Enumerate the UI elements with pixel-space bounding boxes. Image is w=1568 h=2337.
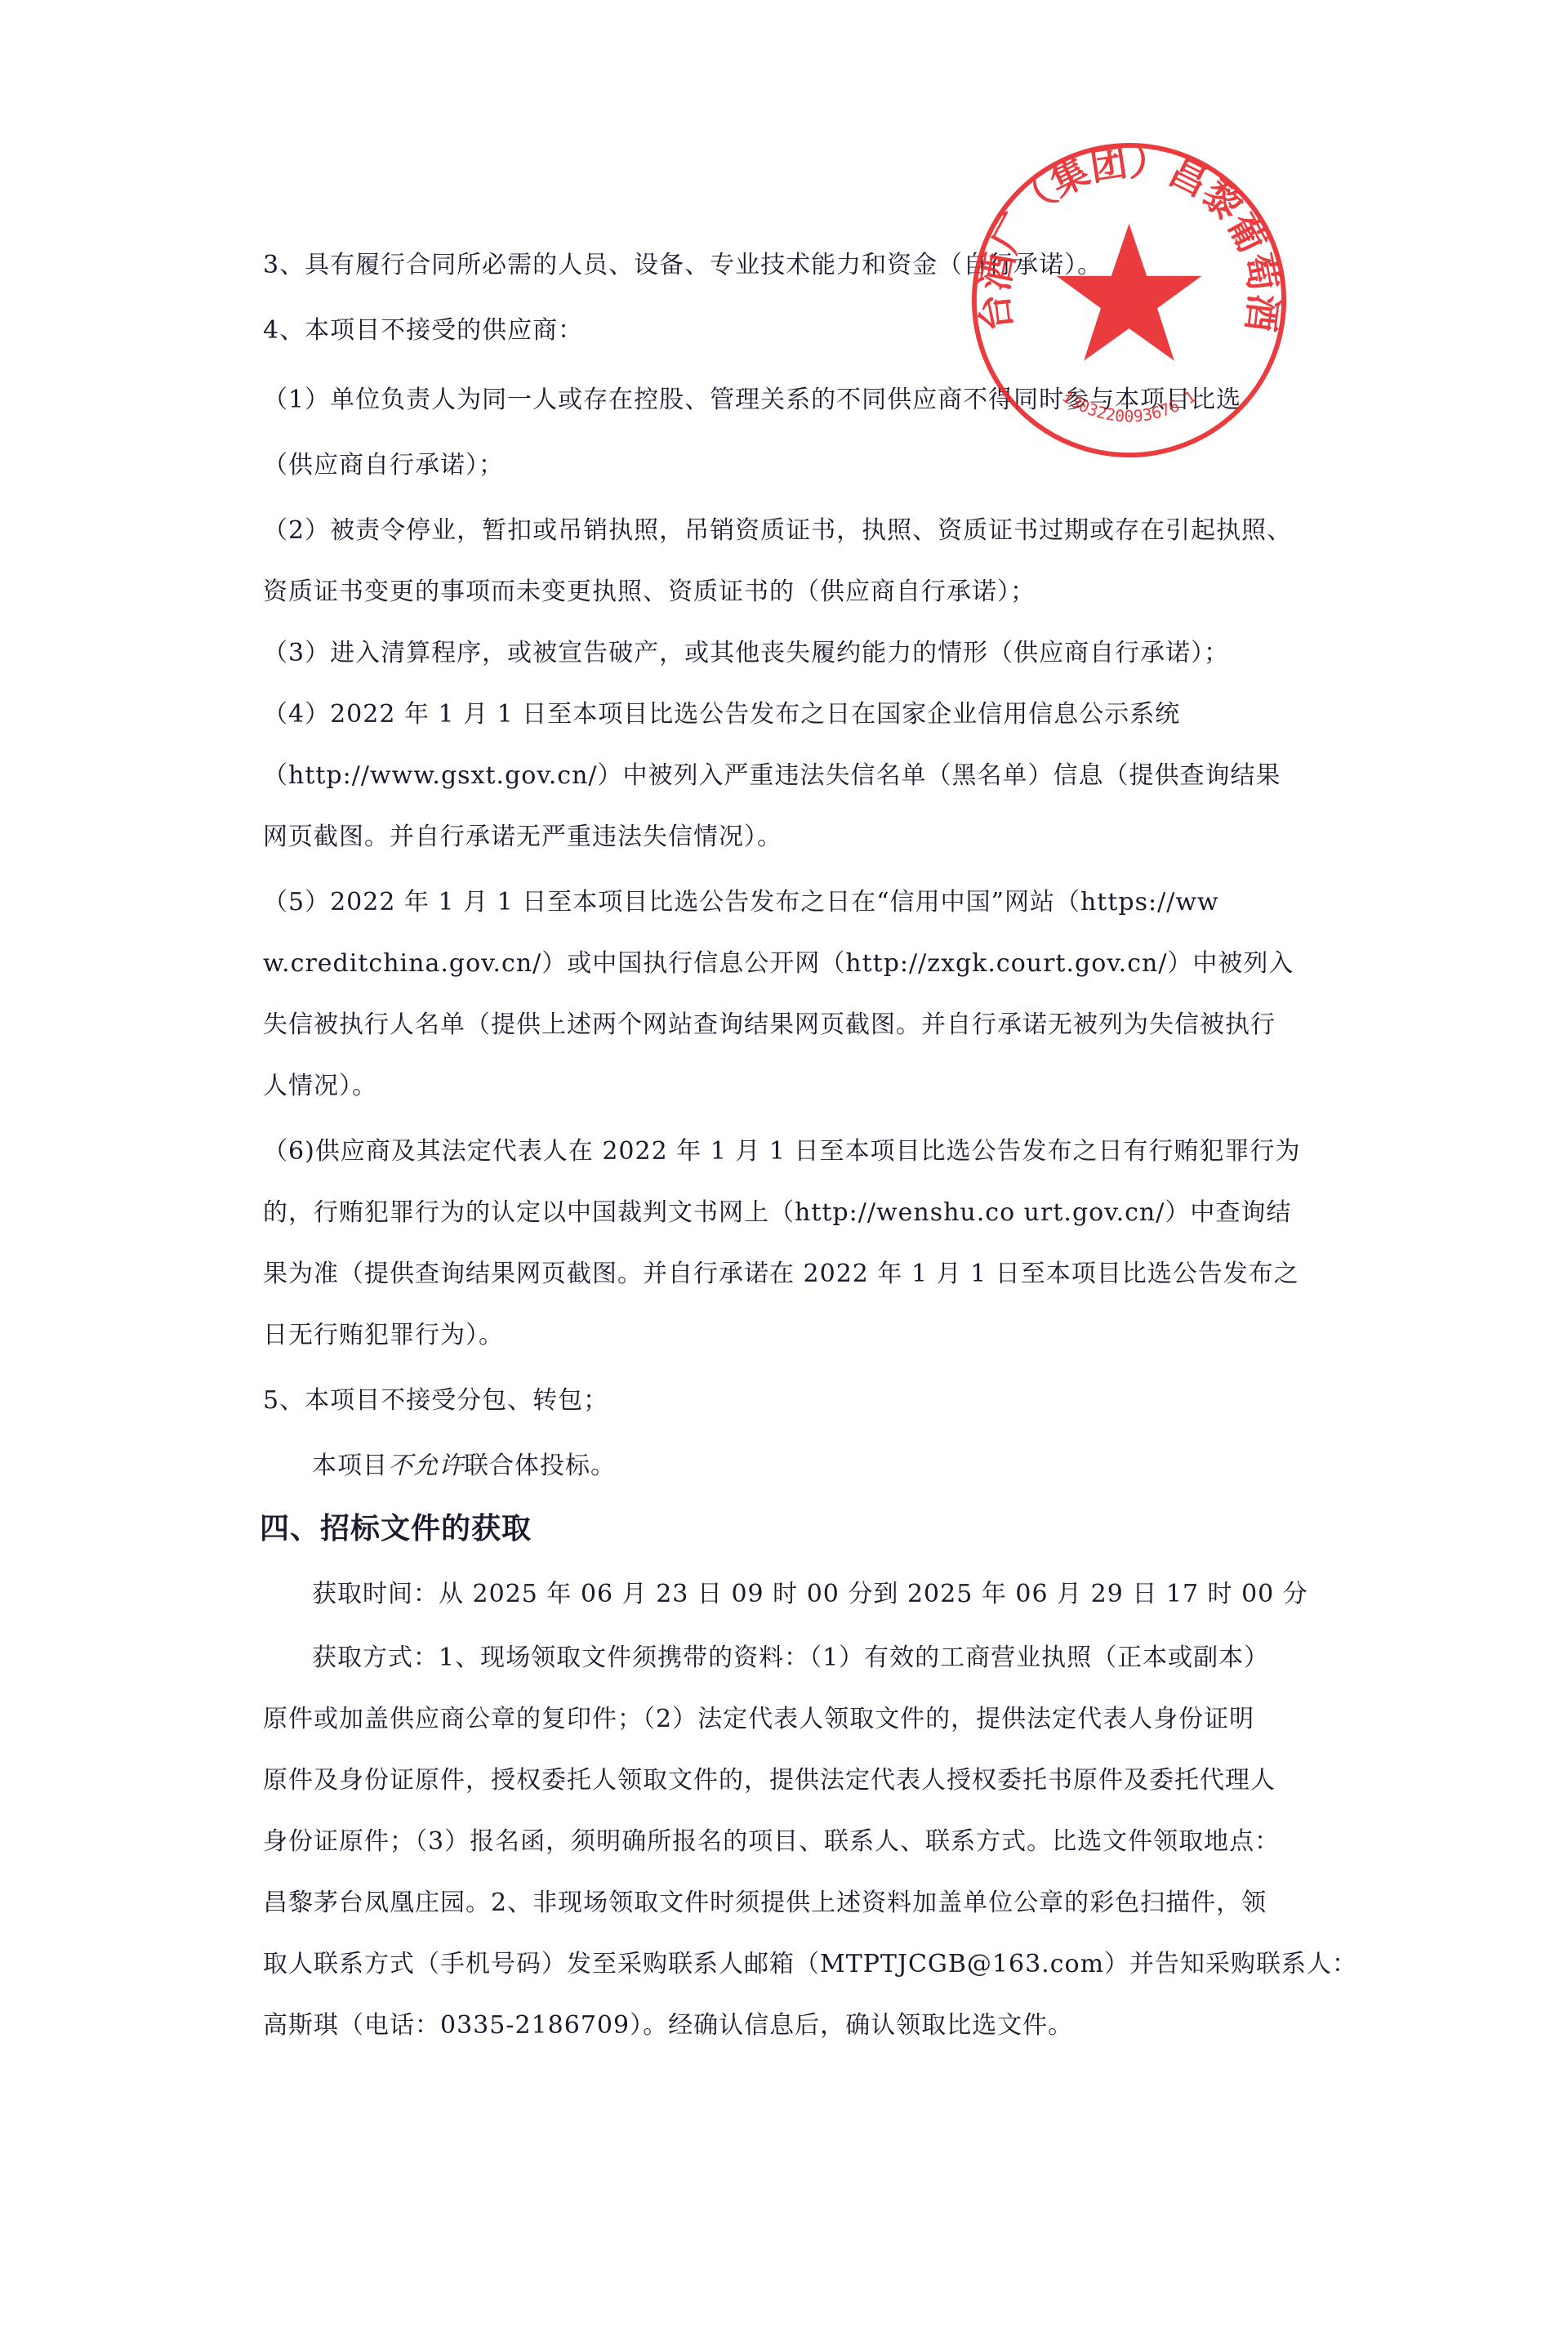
line-consortium: 本项目不允许联合体投标。 <box>312 1450 616 1483</box>
line-sub4-b: （http://www.gsxt.gov.cn/）中被列入严重违法失信名单（黑名… <box>263 760 1281 792</box>
consortium-not-allowed: 不允许 <box>388 1452 464 1480</box>
line-acquire-method-6: 取人联系方式（手机号码）发至采购联系人邮箱（MTPTJCGB@163.com）并… <box>263 1948 1357 1981</box>
line-acquire-time: 获取时间：从 2025 年 06 月 23 日 09 时 00 分到 2025 … <box>312 1578 1308 1611</box>
line-item4: 4、本项目不接受的供应商： <box>263 314 583 347</box>
line-sub6-b: 的，行贿犯罪行为的认定以中国裁判文书网上（http://wenshu.co ur… <box>263 1197 1291 1229</box>
star-icon <box>1057 224 1202 361</box>
stamp-code: 1303220093676 1 <box>1058 387 1199 426</box>
line-acquire-method-5: 昌黎茅台凤凰庄园。2、非现场领取文件时须提供上述资料加盖单位公章的彩色扫描件，领 <box>263 1887 1267 1920</box>
line-sub5-c: 失信被执行人名单（提供上述两个网站查询结果网页截图。并自行承诺无被列为失信被执行 <box>263 1009 1276 1041</box>
line-acquire-method-1: 获取方式：1、现场领取文件须携带的资料：（1）有效的工商营业执照（正本或副本） <box>312 1642 1269 1675</box>
line-sub5-a: （5）2022 年 1 月 1 日至本项目比选公告发布之日在“信用中国”网站（h… <box>263 886 1219 919</box>
consortium-suffix: 联合体投标。 <box>464 1452 616 1480</box>
line-sub2-a: （2）被责令停业，暂扣或吊销执照，吊销资质证书，执照、资质证书过期或存在引起执照… <box>263 515 1292 547</box>
section-heading-acquisition: 四、招标文件的获取 <box>260 1513 532 1545</box>
document-page: 3、具有履行合同所必需的人员、设备、专业技术能力和资金（自行承诺）。 4、本项目… <box>0 0 1568 2337</box>
line-sub6-d: 日无行贿犯罪行为）。 <box>263 1319 504 1352</box>
line-acquire-method-7: 高斯琪（电话：0335-2186709）。经确认信息后，确认领取比选文件。 <box>263 2009 1073 2042</box>
line-sub5-d: 人情况）。 <box>263 1070 377 1103</box>
line-sub4-c: 网页截图。并自行承诺无严重违法失信情况）。 <box>263 821 782 854</box>
company-seal-stamp: 中国贵州茅台酒厂（集团）昌黎葡萄酒业有限公司 1303220093676 1 <box>968 139 1290 462</box>
line-item5: 5、本项目不接受分包、转包； <box>263 1385 608 1417</box>
line-sub6-a: （6)供应商及其法定代表人在 2022 年 1 月 1 日至本项目比选公告发布之… <box>263 1135 1301 1168</box>
line-sub1-b: （供应商自行承诺）； <box>263 449 504 482</box>
line-acquire-method-4: 身份证原件；（3）报名函，须明确所报名的项目、联系人、联系方式。比选文件领取地点… <box>263 1826 1280 1858</box>
line-sub5-b: w.creditchina.gov.cn/）或中国执行信息公开网（http://… <box>263 948 1294 980</box>
line-sub2-b: 资质证书变更的事项而未变更执照、资质证书的（供应商自行承诺）； <box>263 576 1036 609</box>
consortium-prefix: 本项目 <box>312 1452 388 1480</box>
line-sub6-c: 果为准（提供查询结果网页截图。并自行承诺在 2022 年 1 月 1 日至本项目… <box>263 1258 1299 1291</box>
line-acquire-method-2: 原件或加盖供应商公章的复印件；（2）法定代表人领取文件的，提供法定代表人身份证明 <box>263 1703 1254 1736</box>
line-sub3: （3）进入清算程序，或被宣告破产，或其他丧失履约能力的情形（供应商自行承诺）； <box>263 637 1229 670</box>
line-acquire-method-3: 原件及身份证原件，授权委托人领取文件的，提供法定代表人授权委托书原件及委托代理人 <box>263 1764 1276 1797</box>
line-sub4-a: （4）2022 年 1 月 1 日至本项目比选公告发布之日在国家企业信用信息公示… <box>263 698 1180 731</box>
